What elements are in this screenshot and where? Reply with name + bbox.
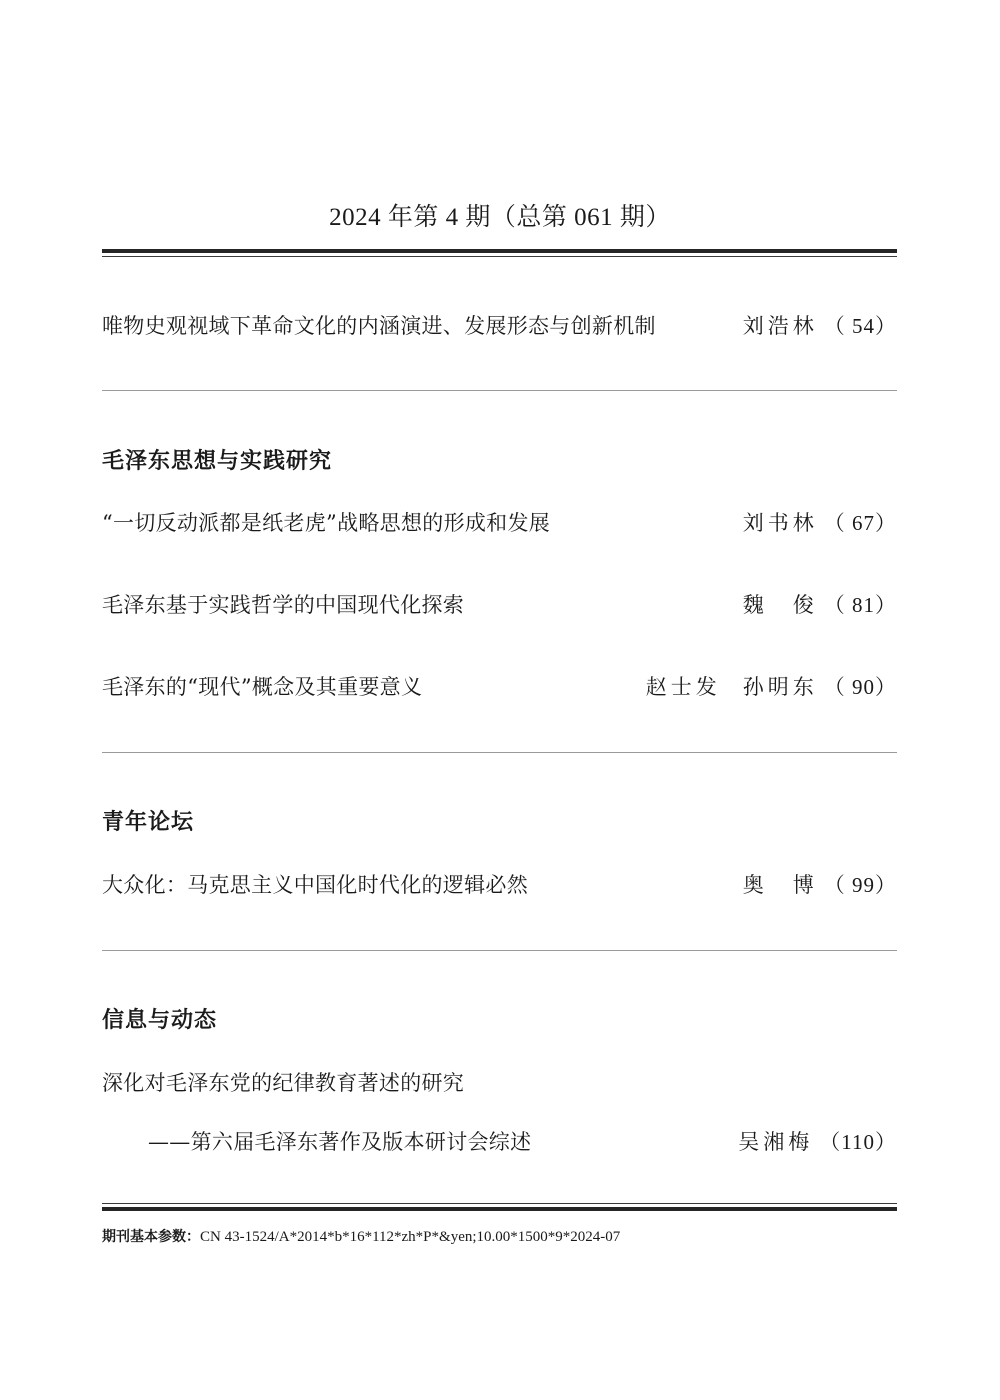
toc-entry[interactable]: 毛泽东基于实践哲学的中国现代化探索 魏 俊 （ 81） xyxy=(102,589,897,621)
header-rule-thin xyxy=(102,256,897,257)
entry-meta: 奥 博 （ 99） xyxy=(743,869,897,901)
section-divider xyxy=(102,950,897,951)
entry-title: 毛泽东基于实践哲学的中国现代化探索 xyxy=(102,589,464,621)
entry-title: 深化对毛泽东党的纪律教育著述的研究 xyxy=(102,1067,464,1099)
entry-author: 孙明东 xyxy=(743,671,818,703)
section-divider xyxy=(102,752,897,753)
entry-page-number: （ 67） xyxy=(824,507,897,539)
entry-title: 唯物史观视域下革命文化的内涵演进、发展形态与创新机制 xyxy=(102,310,656,342)
entry-author: 刘书林 xyxy=(743,507,818,539)
entry-title: 毛泽东的“现代”概念及其重要意义 xyxy=(102,671,422,703)
entry-page-number: （ 90） xyxy=(824,671,897,703)
entry-title: 大众化：马克思主义中国化时代化的逻辑必然 xyxy=(102,869,528,901)
section-heading-news: 信息与动态 xyxy=(102,1006,217,1036)
toc-entry[interactable]: 大众化：马克思主义中国化时代化的逻辑必然 奥 博 （ 99） xyxy=(102,869,897,901)
entry-page-number: （ 81） xyxy=(824,589,897,621)
entry-author: 刘浩林 xyxy=(743,310,818,342)
toc-entry-title-line[interactable]: 深化对毛泽东党的纪律教育著述的研究 xyxy=(102,1067,897,1099)
footer-rule-thick xyxy=(102,1207,897,1211)
header-rule-thick xyxy=(102,249,897,253)
issue-title: 2024 年第 4 期（总第 061 期） xyxy=(0,200,1000,236)
toc-entry[interactable]: “一切反动派都是纸老虎”战略思想的形成和发展 刘书林 （ 67） xyxy=(102,507,897,539)
toc-entry[interactable]: 毛泽东的“现代”概念及其重要意义 赵士发 孙明东 （ 90） xyxy=(102,671,897,703)
entry-meta: 吴湘梅 （110） xyxy=(738,1126,897,1158)
entry-author: 赵士发 xyxy=(646,671,721,703)
entry-title: “一切反动派都是纸老虎”战略思想的形成和发展 xyxy=(102,507,550,539)
entry-page-number: （ 99） xyxy=(824,869,897,901)
entry-author: 吴湘梅 xyxy=(738,1126,813,1158)
entry-meta: 刘浩林 （ 54） xyxy=(743,310,897,342)
entry-page-number: （110） xyxy=(819,1126,897,1158)
section-heading-youth-forum: 青年论坛 xyxy=(102,808,194,838)
toc-entry[interactable]: 唯物史观视域下革命文化的内涵演进、发展形态与创新机制 刘浩林 （ 54） xyxy=(102,310,897,342)
journal-parameters-value: CN 43-1524/A*2014*b*16*112*zh*P*&yen;10.… xyxy=(200,1229,620,1245)
entry-meta: 赵士发 孙明东 （ 90） xyxy=(646,671,897,703)
journal-parameters: 期刊基本参数：CN 43-1524/A*2014*b*16*112*zh*P*&… xyxy=(102,1226,620,1248)
footer-rule-thin xyxy=(102,1203,897,1204)
section-divider xyxy=(102,390,897,391)
section-heading-mao-thought: 毛泽东思想与实践研究 xyxy=(102,447,332,477)
entry-author: 奥 博 xyxy=(743,869,818,901)
entry-meta: 魏 俊 （ 81） xyxy=(743,589,897,621)
entry-subtitle: ——第六届毛泽东著作及版本研讨会综述 xyxy=(102,1126,531,1158)
entry-page-number: （ 54） xyxy=(824,310,897,342)
entry-meta: 刘书林 （ 67） xyxy=(743,507,897,539)
journal-parameters-label: 期刊基本参数： xyxy=(102,1229,200,1245)
entry-author: 魏 俊 xyxy=(743,589,818,621)
toc-entry-subtitle-line[interactable]: ——第六届毛泽东著作及版本研讨会综述 吴湘梅 （110） xyxy=(102,1126,897,1158)
